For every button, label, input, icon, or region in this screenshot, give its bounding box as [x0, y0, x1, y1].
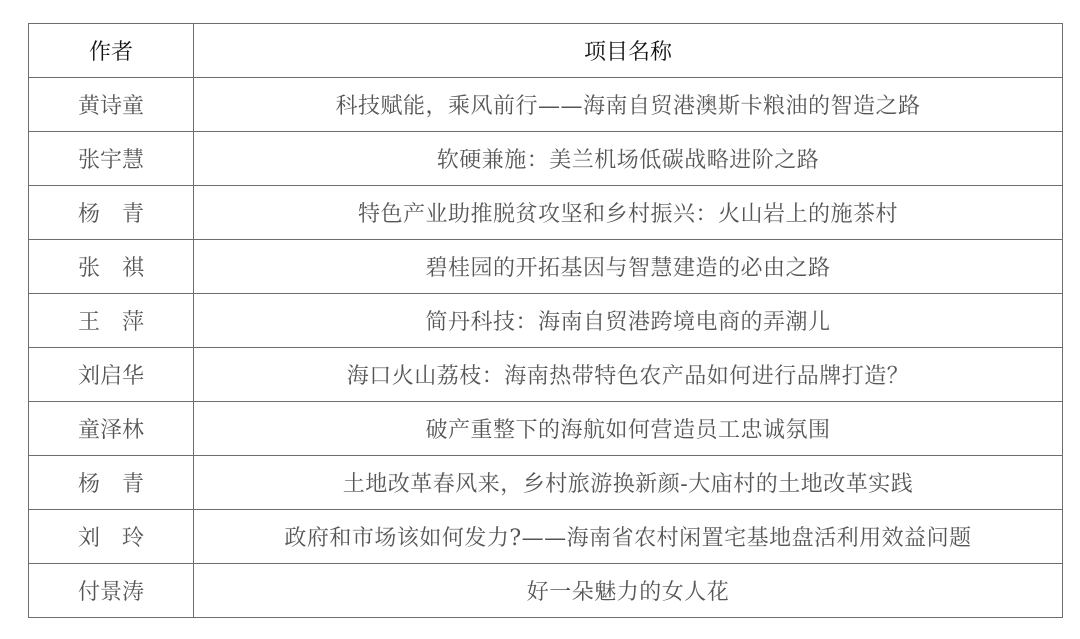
author-cell: 刘启华	[29, 348, 194, 402]
table-row: 杨 青 特色产业助推脱贫攻坚和乡村振兴：火山岩上的施茶村	[29, 186, 1063, 240]
table-row: 黄诗童 科技赋能，乘风前行——海南自贸港澳斯卡粮油的智造之路	[29, 78, 1063, 132]
project-title-cell: 好一朵魅力的女人花	[194, 564, 1063, 618]
project-title-cell: 海口火山荔枝：海南热带特色农产品如何进行品牌打造？	[194, 348, 1063, 402]
author-cell: 童泽林	[29, 402, 194, 456]
projects-table: 作者 项目名称 黄诗童 科技赋能，乘风前行——海南自贸港澳斯卡粮油的智造之路 张…	[28, 23, 1063, 618]
author-cell: 王 萍	[29, 294, 194, 348]
table-row: 王 萍 简丹科技：海南自贸港跨境电商的弄潮儿	[29, 294, 1063, 348]
author-cell: 张宇慧	[29, 132, 194, 186]
table-row: 童泽林 破产重整下的海航如何营造员工忠诚氛围	[29, 402, 1063, 456]
table-header-row: 作者 项目名称	[29, 24, 1063, 78]
table-row: 刘启华 海口火山荔枝：海南热带特色农产品如何进行品牌打造？	[29, 348, 1063, 402]
header-project-title: 项目名称	[194, 24, 1063, 78]
table-row: 刘 玲 政府和市场该如何发力?——海南省农村闲置宅基地盘活利用效益问题	[29, 510, 1063, 564]
author-cell: 刘 玲	[29, 510, 194, 564]
author-cell: 杨 青	[29, 186, 194, 240]
header-author: 作者	[29, 24, 194, 78]
table-row: 付景涛 好一朵魅力的女人花	[29, 564, 1063, 618]
projects-table-container: 作者 项目名称 黄诗童 科技赋能，乘风前行——海南自贸港澳斯卡粮油的智造之路 张…	[28, 23, 1062, 618]
table-row: 张 祺 碧桂园的开拓基因与智慧建造的必由之路	[29, 240, 1063, 294]
project-title-cell: 特色产业助推脱贫攻坚和乡村振兴：火山岩上的施茶村	[194, 186, 1063, 240]
project-title-cell: 简丹科技：海南自贸港跨境电商的弄潮儿	[194, 294, 1063, 348]
project-title-cell: 土地改革春风来，乡村旅游换新颜-大庙村的土地改革实践	[194, 456, 1063, 510]
table-row: 张宇慧 软硬兼施：美兰机场低碳战略进阶之路	[29, 132, 1063, 186]
author-cell: 付景涛	[29, 564, 194, 618]
project-title-cell: 政府和市场该如何发力?——海南省农村闲置宅基地盘活利用效益问题	[194, 510, 1063, 564]
project-title-cell: 破产重整下的海航如何营造员工忠诚氛围	[194, 402, 1063, 456]
project-title-cell: 软硬兼施：美兰机场低碳战略进阶之路	[194, 132, 1063, 186]
author-cell: 杨 青	[29, 456, 194, 510]
author-cell: 黄诗童	[29, 78, 194, 132]
table-row: 杨 青 土地改革春风来，乡村旅游换新颜-大庙村的土地改革实践	[29, 456, 1063, 510]
author-cell: 张 祺	[29, 240, 194, 294]
project-title-cell: 科技赋能，乘风前行——海南自贸港澳斯卡粮油的智造之路	[194, 78, 1063, 132]
project-title-cell: 碧桂园的开拓基因与智慧建造的必由之路	[194, 240, 1063, 294]
